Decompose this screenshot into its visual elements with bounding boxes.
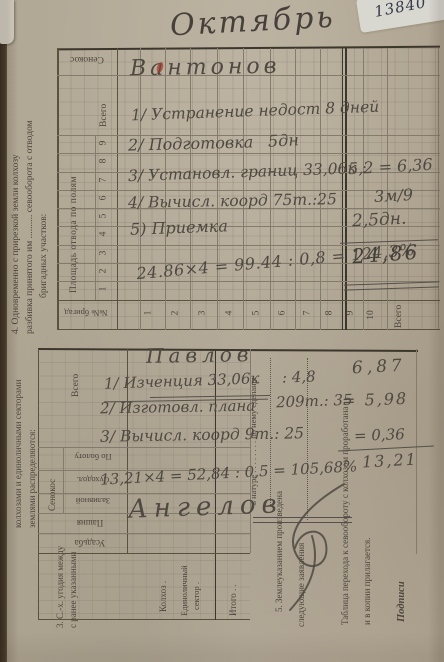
- table2-row-itogo: Итого . .: [228, 584, 238, 616]
- field-number: 3: [98, 251, 108, 256]
- page-edge-strip: [0, 0, 7, 662]
- grid-line: [270, 48, 271, 330]
- table2-border-left: [38, 349, 39, 620]
- brigade-number: 4: [224, 311, 234, 316]
- corner-clip: [0, 0, 14, 44]
- table2-row-kolkhoz: Колхоз .: [158, 581, 168, 612]
- field-number: 9: [98, 141, 108, 146]
- field-number: 4: [98, 232, 108, 237]
- margin-note-3-seg3: с ранее указанными: [68, 552, 78, 628]
- brigade-number: 2: [170, 311, 180, 316]
- hw-task-3-value: 5,2 = 6,36: [348, 155, 434, 178]
- grid-line: [57, 153, 440, 154]
- grid-line: [140, 48, 141, 330]
- brigade-number: 3: [197, 311, 207, 316]
- grid-line: [57, 281, 440, 282]
- grid-line: [363, 48, 364, 330]
- field-number: 6: [98, 196, 108, 201]
- grid-line: [95, 135, 96, 300]
- table1-bottom-band-line: [57, 300, 440, 301]
- brigade-number: 9: [345, 311, 355, 316]
- month-title: Октябрь: [169, 0, 336, 43]
- hw-signature: Ангелов: [128, 489, 284, 524]
- table1-double-vline-b: [345, 48, 347, 330]
- hw2-task-2: 2/ Изготовл. плана: [100, 397, 256, 418]
- table2-header-pashnya: Пашня: [60, 518, 120, 528]
- grid-line: [243, 48, 244, 330]
- table1-border-right: [438, 48, 439, 330]
- grid-line: [38, 533, 250, 534]
- table2-row-individual-2: сектор .: [191, 582, 201, 610]
- hw2-task-2-value: = 5,98: [342, 389, 409, 410]
- margin-note-3-seg4: землями распределяются:: [27, 429, 37, 528]
- hw-surveyor-name-2: Павлов: [146, 342, 254, 368]
- grid-line: [38, 553, 250, 554]
- section5-line-podpisi: Подписи: [396, 581, 407, 622]
- hw-surveyor-name-1: Вантонов: [130, 54, 281, 82]
- margin-note-4-line3: бригадных участков:: [39, 214, 49, 298]
- grid-line: [217, 48, 218, 330]
- brigade-total-label: Всего: [394, 305, 404, 328]
- table2-header-usadba: Усадьба: [60, 538, 120, 548]
- field-number: 1: [98, 287, 108, 292]
- hw-task-2-value: 5дн: [268, 130, 300, 151]
- hw2-task-3-total: 13,21: [362, 450, 419, 472]
- margin-note-3-seg1: 3. С.-х. угодия между: [55, 546, 65, 628]
- hw2-task-3: 3/ Вычисл. коорд 9т.: 25: [100, 424, 304, 446]
- table1-header-field-group: Площадь отвода по полям: [69, 176, 79, 293]
- brigade-number: 8: [324, 311, 334, 316]
- signature-flourish: [268, 478, 350, 616]
- grid-line: [63, 447, 64, 513]
- hw-task-2: 2/ Подготовка: [128, 132, 254, 154]
- grid-line: [295, 48, 296, 330]
- hw2-task-1-value: 6,87: [352, 356, 407, 379]
- scanned-form-page: 13840 Октябрь 4. Одновременно с прирезко…: [0, 0, 444, 662]
- table1-border-bottom: [57, 329, 440, 330]
- brigade-number: 10: [366, 310, 376, 320]
- table2-header-bolotu: По болоту: [66, 452, 120, 462]
- table2-border-bottom: [38, 619, 250, 620]
- table1-header-brigade: №№ бригад: [60, 308, 112, 318]
- margin-note-4-line1: 4. Одновременно с прирезкой земли колхоз…: [11, 154, 21, 334]
- brigade-number: 5: [251, 311, 261, 316]
- hw-task-3: 3/ Установл. границ 33,06к :: [128, 159, 367, 185]
- hw-task-4-value: 3м/9: [374, 185, 414, 206]
- field-number: 2: [98, 269, 108, 274]
- field-number: 8: [98, 159, 108, 164]
- grid-line: [165, 48, 166, 330]
- brigade-number: 1: [143, 311, 153, 316]
- margin-note-4-line2: разбивка принятого им .......... севообо…: [25, 120, 35, 334]
- brigade-number: 7: [302, 311, 312, 316]
- table1-header-vsego: Всего: [99, 104, 109, 127]
- hw-task-5: 5) Приемка: [130, 216, 228, 238]
- table2-vline-mid: [215, 349, 216, 620]
- grid-line: [320, 48, 321, 330]
- grid-line: [190, 48, 191, 330]
- hw-total-1: 24,86: [351, 240, 420, 269]
- hw-task-5-value: 2,5дн.: [352, 209, 407, 232]
- hw2-task-3-value: = 0,36: [354, 425, 405, 445]
- field-number: 5: [98, 214, 108, 219]
- hw2-task-1-mid: : 4,8: [282, 367, 316, 386]
- grid-line: [38, 447, 250, 448]
- table1-header-vline: [117, 48, 118, 330]
- table1-border-left: [57, 48, 59, 330]
- table2-header-vsego: Всего: [71, 374, 81, 397]
- table1-header-senokos: Сенокос: [63, 54, 111, 64]
- table2-header-zalivnoy: Заливной: [66, 496, 120, 506]
- table2-row-individual-1: Единоличный: [179, 565, 189, 616]
- field-number: 7: [98, 178, 108, 183]
- hw-task-4: 4/ Вычисл. коорд 75т.:25: [128, 190, 337, 212]
- table2-header-senokos: Сенокос: [47, 479, 57, 511]
- table1-double-vline-a: [342, 48, 343, 330]
- brigade-number: 6: [277, 311, 287, 316]
- hw-underline: [344, 281, 439, 286]
- table1-border-top: [57, 46, 440, 51]
- section5-line-kopiya: и в копии прилагается.: [362, 538, 372, 625]
- margin-note-3-seg2: колхозами и единоличными секторами: [13, 380, 23, 528]
- hw-underline: [344, 286, 439, 291]
